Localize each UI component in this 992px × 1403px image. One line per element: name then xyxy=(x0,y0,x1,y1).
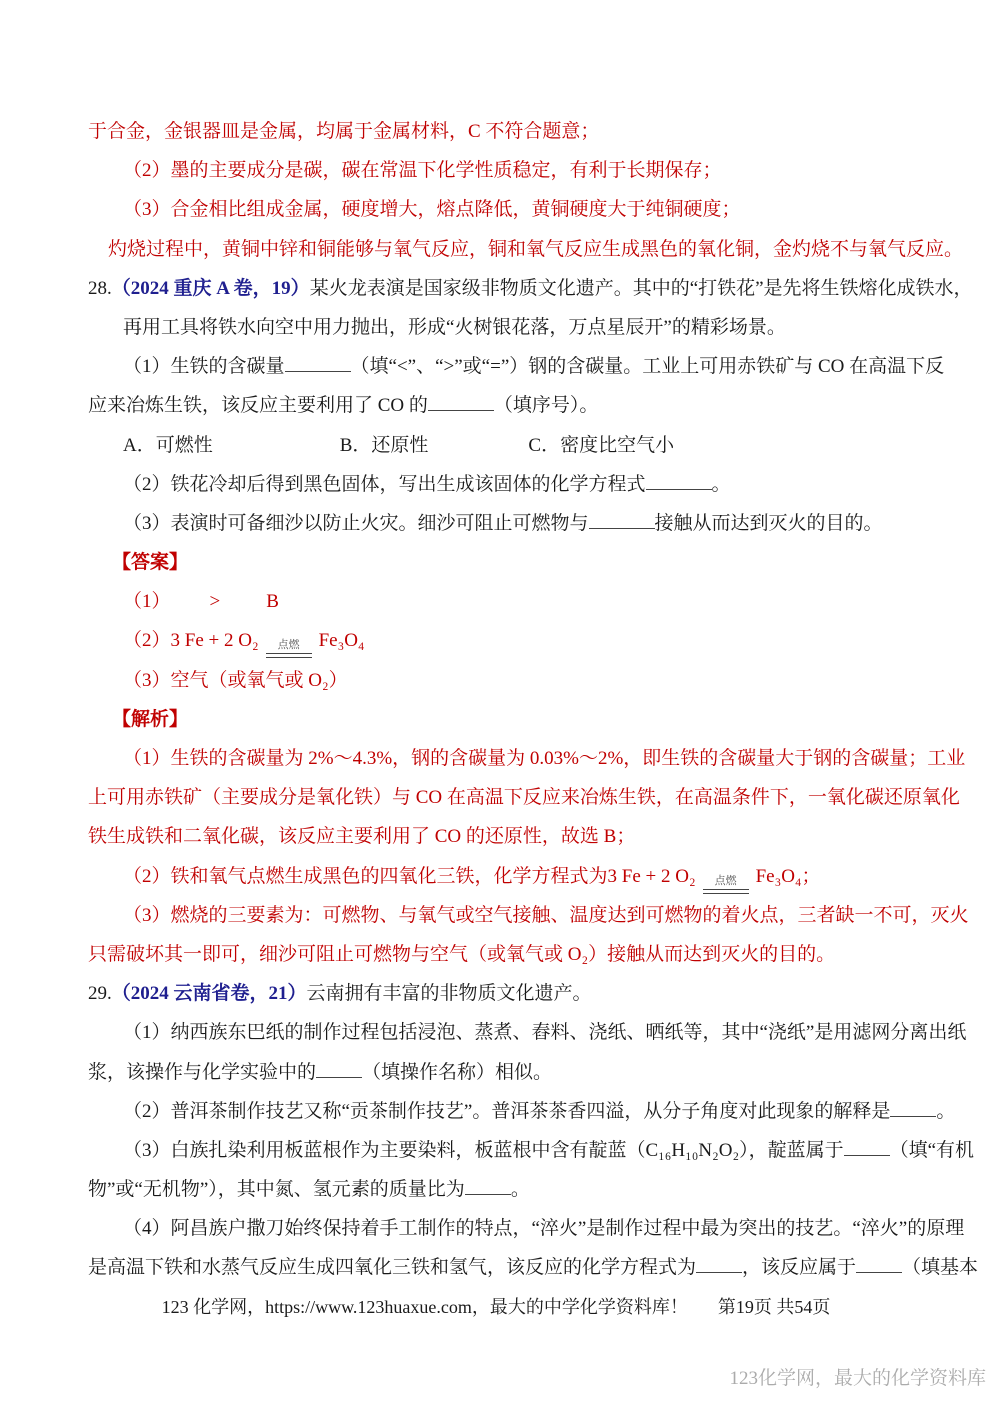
exam-document-page: 于合金，金银器皿是金属，均属于金属材料，C 不符合题意； （2）墨的主要成分是碳… xyxy=(0,0,992,1403)
footer-site-text: 123 化学网，https://www.123huaxue.com，最大的中学化… xyxy=(162,1297,688,1317)
footer-page-number: 第19页 共54页 xyxy=(718,1297,831,1317)
text-run: 只需破坏其一即可，细沙可阻止可燃物与空气（或氧气或 O₂）接触从而达到灭火的目的… xyxy=(88,944,835,965)
question-28-sub1: （1）生铁的含碳量（填“<”、“>”或“=”）钢的含碳量。工业上可用赤铁矿与 C… xyxy=(88,347,908,386)
text-run: 。 xyxy=(511,1179,530,1200)
question-28-stem: 再用工具将铁水向空中用力抛出，形成“火树银花落，万点星辰开”的精彩场景。 xyxy=(88,308,908,347)
answer-blank xyxy=(696,1254,742,1273)
text-run: （填序号）。 xyxy=(494,395,599,416)
text-run: （2）铁花冷却后得到黑色固体，写出生成该固体的化学方程式 xyxy=(123,474,646,495)
text-run: （3）合金相比组成金属，硬度增大，熔点降低，黄铜硬度大于纯铜硬度； xyxy=(123,199,741,220)
text-run: ，该反应属于 xyxy=(742,1257,856,1278)
reaction-condition: 点燃 xyxy=(703,876,749,894)
reaction-arrow xyxy=(703,889,749,894)
equation-right: Fe₃O₄ xyxy=(319,630,365,651)
text-run: （4）阿昌族户撒刀始终保持着手工制作的特点，“淬火”是制作过程中最为突出的技艺。… xyxy=(123,1218,964,1239)
answer-line-2: （2）3 Fe + 2 O₂点燃Fe₃O₄ xyxy=(88,621,908,660)
text-run: 物”或“无机物”），其中氮、氢元素的质量比为 xyxy=(88,1179,465,1200)
answer-line-3: （3）空气（或氧气或 O₂） xyxy=(88,661,908,700)
text-run: 接触从而达到灭火的目的。 xyxy=(655,513,883,534)
text-run: 铁生成铁和二氧化碳，该反应主要利用了 CO 的还原性，故选 B； xyxy=(88,826,635,847)
question-28-options: A．可燃性B．还原性C．密度比空气小 xyxy=(88,426,908,465)
text-run: （1）纳西族东巴纸的制作过程包括浸泡、蒸煮、舂料、浇纸、晒纸等，其中“浇纸”是用… xyxy=(123,1022,966,1043)
text-run: 于合金，金银器皿是金属，均属于金属材料，C 不符合题意； xyxy=(88,121,599,142)
question-number: 29. xyxy=(88,983,112,1004)
answer-blank xyxy=(428,392,494,411)
answer-blank xyxy=(316,1059,362,1078)
question-28-header: 28.（2024 重庆 A 卷，19）某火龙表演是国家级非物质文化遗产。其中的“… xyxy=(88,269,908,308)
text-run: （3）燃烧的三要素为：可燃物、与氧气或空气接触、温度达到可燃物的着火点，三者缺一… xyxy=(123,905,969,926)
answer-blank xyxy=(465,1176,511,1195)
question-28-sub2: （2）铁花冷却后得到黑色固体，写出生成该固体的化学方程式。 xyxy=(88,465,908,504)
text-run: 应来冶炼生铁，该反应主要利用了 CO 的 xyxy=(88,395,428,416)
reaction-arrow xyxy=(266,653,312,658)
question-stem: 再用工具将铁水向空中用力抛出，形成“火树银花落，万点星辰开”的精彩场景。 xyxy=(123,317,786,338)
page-footer: 123 化学网，https://www.123huaxue.com，最大的中学化… xyxy=(0,1288,992,1327)
answer-blank xyxy=(844,1137,890,1156)
answer-item-number: （1） xyxy=(123,591,171,612)
question-29-sub1-cont: 浆，该操作与化学实验中的（填操作名称）相似。 xyxy=(88,1053,908,1092)
condition-text: 点燃 xyxy=(266,640,312,651)
prev-analysis-line: （2）墨的主要成分是碳，碳在常温下化学性质稳定，有利于长期保存； xyxy=(88,151,908,190)
watermark-text: 123化学网，最大的化学资料库 xyxy=(729,1364,986,1394)
answer-blank xyxy=(856,1254,902,1273)
text-run: （填基本 xyxy=(902,1257,978,1278)
answer-label: 【答案】 xyxy=(88,543,908,582)
prev-analysis-line: （3）合金相比组成金属，硬度增大，熔点降低，黄铜硬度大于纯铜硬度； xyxy=(88,190,908,229)
answer-value: > xyxy=(210,591,221,612)
text-run: （2）铁和氧气点燃生成黑色的四氧化三铁，化学方程式为 xyxy=(123,866,608,887)
text-run: （3）空气（或氧气或 O₂） xyxy=(123,670,348,691)
question-source: （2024 云南省卷，21） xyxy=(112,983,307,1004)
text-run: （3）白族扎染利用板蓝根作为主要染料，板蓝根中含有靛蓝（C₁₆H₁₀N₂O₂），… xyxy=(123,1140,844,1161)
text-run: 是高温下铁和水蒸气反应生成四氧化三铁和氢气，该反应的化学方程式为 xyxy=(88,1257,696,1278)
analysis-p1-line: 上可用赤铁矿（主要成分是氧化铁）与 CO 在高温下反应来冶炼生铁，在高温条件下，… xyxy=(88,778,908,817)
equation-left: 3 Fe + 2 O₂ xyxy=(608,866,696,887)
option-a: A．可燃性 xyxy=(123,426,213,465)
answer-line-1: （1）>B xyxy=(88,582,908,621)
question-stem: 云南拥有丰富的非物质文化遗产。 xyxy=(307,983,592,1004)
text-run: 。 xyxy=(936,1101,955,1122)
text-run: 上可用赤铁矿（主要成分是氧化铁）与 CO 在高温下反应来冶炼生铁，在高温条件下，… xyxy=(88,787,960,808)
text-run: 灼烧过程中，黄铜中锌和铜能够与氧气反应，铜和氧气反应生成黑色的氧化铜，金灼烧不与… xyxy=(108,239,963,260)
condition-text: 点燃 xyxy=(703,876,749,887)
question-29-sub1: （1）纳西族东巴纸的制作过程包括浸泡、蒸煮、舂料、浇纸、晒纸等，其中“浇纸”是用… xyxy=(88,1013,908,1052)
label-text: 【答案】 xyxy=(112,552,188,573)
text-run: （3）表演时可备细沙以防止火灾。细沙可阻止可燃物与 xyxy=(123,513,589,534)
prev-analysis-line: 于合金，金银器皿是金属，均属于金属材料，C 不符合题意； xyxy=(88,112,908,151)
text-run: （1）生铁的含碳量 xyxy=(123,356,285,377)
label-text: 【解析】 xyxy=(112,709,188,730)
answer-value: B xyxy=(266,591,279,612)
question-28-sub1-cont: 应来冶炼生铁，该反应主要利用了 CO 的（填序号）。 xyxy=(88,386,908,425)
answer-blank xyxy=(646,471,712,490)
question-29-sub4: （4）阿昌族户撒刀始终保持着手工制作的特点，“淬火”是制作过程中最为突出的技艺。… xyxy=(88,1209,908,1248)
question-number: 28. xyxy=(88,278,112,299)
question-stem: 某火龙表演是国家级非物质文化遗产。其中的“打铁花”是先将生铁熔化成铁水， xyxy=(310,278,973,299)
reaction-condition: 点燃 xyxy=(266,640,312,658)
equation-right: Fe₃O₄； xyxy=(756,866,821,887)
analysis-p1-line: 铁生成铁和二氧化碳，该反应主要利用了 CO 的还原性，故选 B； xyxy=(88,817,908,856)
answer-item-number: （2） xyxy=(123,630,171,651)
text-run: （1）生铁的含碳量为 2%～4.3%，钢的含碳量为 0.03%～2%，即生铁的含… xyxy=(123,748,965,769)
analysis-label: 【解析】 xyxy=(88,700,908,739)
text-run: （填“有机 xyxy=(890,1140,974,1161)
analysis-p3-line: 只需破坏其一即可，细沙可阻止可燃物与空气（或氧气或 O₂）接触从而达到灭火的目的… xyxy=(88,935,908,974)
question-28-sub3: （3）表演时可备细沙以防止火灾。细沙可阻止可燃物与接触从而达到灭火的目的。 xyxy=(88,504,908,543)
analysis-p3-line: （3）燃烧的三要素为：可燃物、与氧气或空气接触、温度达到可燃物的着火点，三者缺一… xyxy=(88,896,908,935)
text-run: （填“<”、“>”或“=”）钢的含碳量。工业上可用赤铁矿与 CO 在高温下反 xyxy=(351,356,945,377)
text-run: （2）普洱茶制作技艺又称“贡茶制作技艺”。普洱茶茶香四溢，从分子角度对此现象的解… xyxy=(123,1101,890,1122)
text-run: 浆，该操作与化学实验中的 xyxy=(88,1062,316,1083)
question-29-sub3: （3）白族扎染利用板蓝根作为主要染料，板蓝根中含有靛蓝（C₁₆H₁₀N₂O₂），… xyxy=(88,1131,908,1170)
question-29-header: 29.（2024 云南省卷，21）云南拥有丰富的非物质文化遗产。 xyxy=(88,974,908,1013)
text-run: 。 xyxy=(712,474,731,495)
answer-blank xyxy=(285,353,351,372)
option-b: B．还原性 xyxy=(340,426,429,465)
option-c: C．密度比空气小 xyxy=(528,435,674,456)
equation-left: 3 Fe + 2 O₂ xyxy=(171,630,259,651)
question-29-sub3-cont: 物”或“无机物”），其中氮、氢元素的质量比为。 xyxy=(88,1170,908,1209)
question-source: （2024 重庆 A 卷，19） xyxy=(112,278,310,299)
prev-analysis-line: 灼烧过程中，黄铜中锌和铜能够与氧气反应，铜和氧气反应生成黑色的氧化铜，金灼烧不与… xyxy=(88,230,908,269)
text-run: （2）墨的主要成分是碳，碳在常温下化学性质稳定，有利于长期保存； xyxy=(123,160,722,181)
answer-blank xyxy=(890,1098,936,1117)
question-29-sub2: （2）普洱茶制作技艺又称“贡茶制作技艺”。普洱茶茶香四溢，从分子角度对此现象的解… xyxy=(88,1092,908,1131)
analysis-p1-line: （1）生铁的含碳量为 2%～4.3%，钢的含碳量为 0.03%～2%，即生铁的含… xyxy=(88,739,908,778)
analysis-p2-line: （2）铁和氧气点燃生成黑色的四氧化三铁，化学方程式为3 Fe + 2 O₂点燃F… xyxy=(88,857,908,896)
text-run: （填操作名称）相似。 xyxy=(362,1062,552,1083)
answer-blank xyxy=(589,510,655,529)
page-body: 于合金，金银器皿是金属，均属于金属材料，C 不符合题意； （2）墨的主要成分是碳… xyxy=(88,112,908,1288)
question-29-sub4-cont: 是高温下铁和水蒸气反应生成四氧化三铁和氢气，该反应的化学方程式为，该反应属于（填… xyxy=(88,1248,908,1287)
